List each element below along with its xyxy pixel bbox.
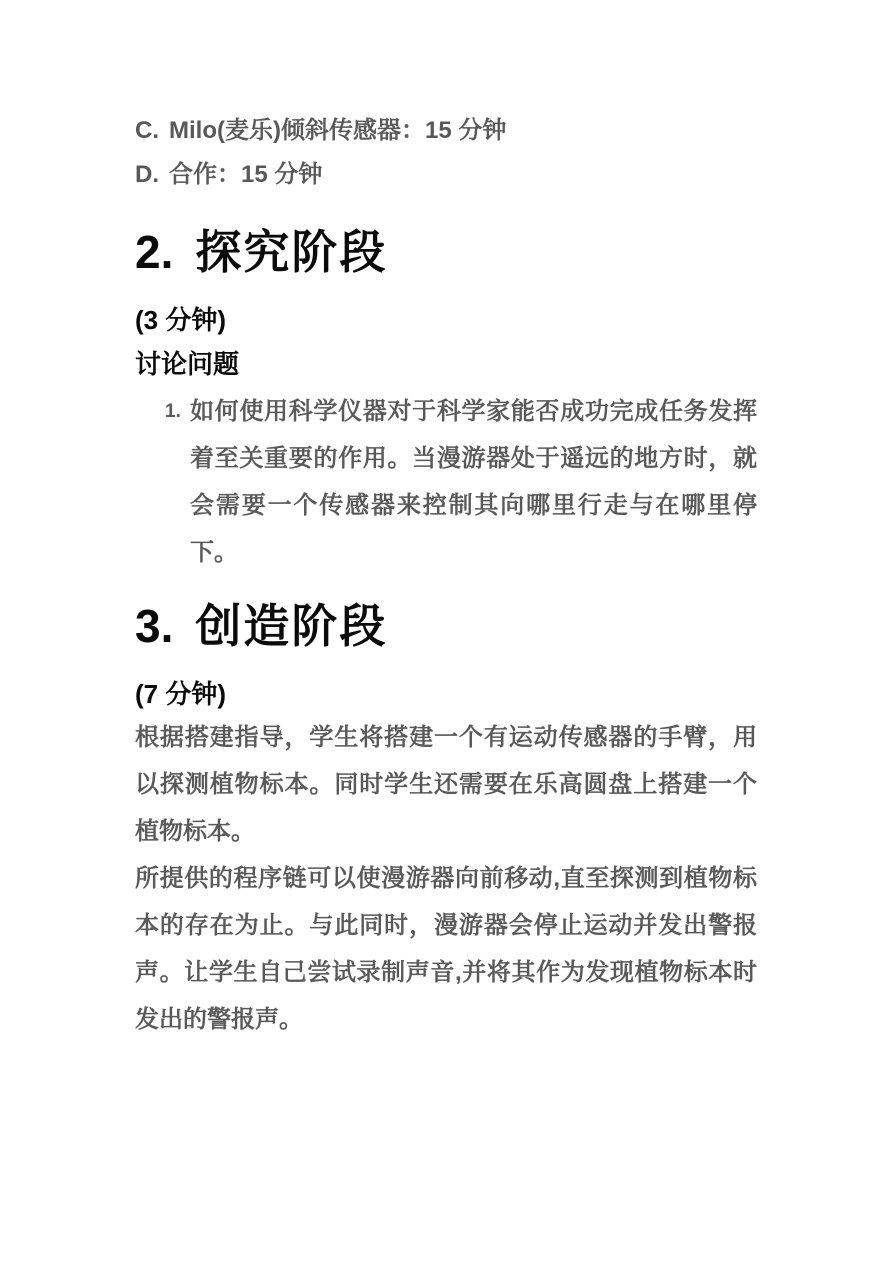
discussion-question-list: 1.如何使用科学仪器对于科学家能否成功完成任务发挥着至关重要的作用。当漫游器处于…	[135, 388, 757, 576]
agenda-item-text: 合作：15 分钟	[169, 161, 322, 188]
subheading-discussion-questions: 讨论问题	[135, 346, 757, 382]
section-heading-explore: 2.探究阶段	[135, 226, 757, 278]
section-number: 2.	[135, 226, 173, 278]
agenda-item-d: D.合作：15 分钟	[135, 158, 757, 192]
duration-label-create: (7 分钟)	[135, 676, 757, 712]
agenda-item-c: C.Milo(麦乐)倾斜传感器：15 分钟	[135, 114, 757, 148]
discussion-question-text: 如何使用科学仪器对于科学家能否成功完成任务发挥着至关重要的作用。当漫游器处于遥远…	[190, 398, 757, 566]
agenda-item-marker: D.	[135, 161, 159, 188]
section-title: 探究阶段	[195, 226, 387, 278]
duration-label-explore: (3 分钟)	[135, 302, 757, 338]
discussion-question-marker: 1.	[165, 388, 181, 435]
section-heading-create: 3.创造阶段	[135, 600, 757, 652]
document-page: C.Milo(麦乐)倾斜传感器：15 分钟 D.合作：15 分钟 2.探究阶段 …	[0, 0, 892, 1262]
section-title: 创造阶段	[195, 600, 387, 652]
create-paragraph-build: 根据搭建指导，学生将搭建一个有运动传感器的手臂，用以探测植物标本。同时学生还需要…	[135, 714, 757, 855]
create-paragraph-program: 所提供的程序链可以使漫游器向前移动,直至探测到植物标本的存在为止。与此同时，漫游…	[135, 855, 757, 1043]
discussion-question-item: 1.如何使用科学仪器对于科学家能否成功完成任务发挥着至关重要的作用。当漫游器处于…	[135, 388, 757, 576]
agenda-item-text: Milo(麦乐)倾斜传感器：15 分钟	[169, 117, 506, 144]
section-number: 3.	[135, 600, 173, 652]
agenda-item-marker: C.	[135, 117, 159, 144]
